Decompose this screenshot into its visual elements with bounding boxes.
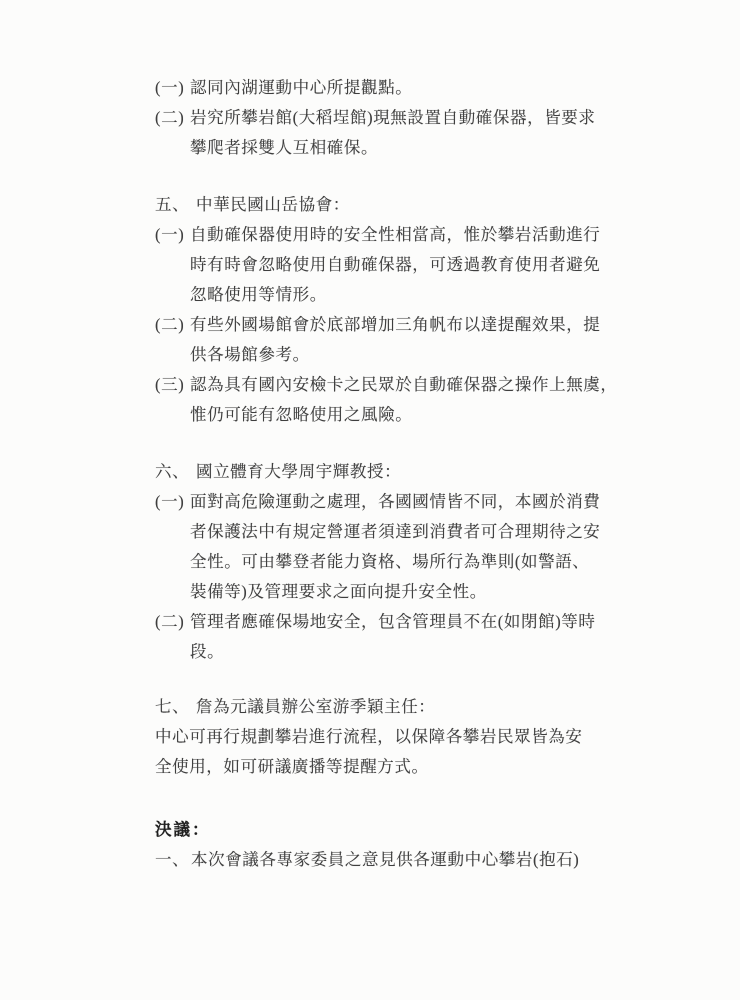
list-item: (二)岩究所攀岩館(大稻埕館)現無設置自動確保器，皆要求 攀爬者採雙人互相確保。 — [155, 103, 640, 163]
text-line: 認為具有國內安檢卡之民眾於自動確保器之操作上無虞， — [190, 375, 618, 394]
text-line: 裝備等)及管理要求之面向提升安全性。 — [190, 577, 640, 607]
resolution-item: 一、本次會議各專家委員之意見供各運動中心攀岩(抱石) — [155, 845, 640, 875]
section-carryover-items: (一)認同內湖運動中心所提觀點。 (二)岩究所攀岩館(大稻埕館)現無設置自動確保… — [155, 73, 640, 163]
item-label: (二) — [155, 103, 190, 133]
section-heading: 七、詹為元議員辦公室游季穎主任： — [155, 692, 640, 722]
resolution-heading: 決議： — [155, 815, 640, 845]
item-label: (一) — [155, 487, 190, 517]
section-resolution: 決議： 一、本次會議各專家委員之意見供各運動中心攀岩(抱石) — [155, 815, 640, 875]
list-item: (一)自動確保器使用時的安全性相當高，惟於攀岩活動進行 時有時會忽略使用自動確保… — [155, 220, 640, 310]
section-number: 五、 — [155, 190, 196, 220]
text-column: (一)認同內湖運動中心所提觀點。 (二)岩究所攀岩館(大稻埕館)現無設置自動確保… — [155, 73, 640, 875]
text-line: 段。 — [190, 637, 640, 667]
text-line: 者保護法中有規定營運者須達到消費者可合理期待之安 — [190, 517, 640, 547]
document-page: (一)認同內湖運動中心所提觀點。 (二)岩究所攀岩館(大稻埕館)現無設置自動確保… — [0, 0, 740, 1000]
section-seven: 七、詹為元議員辦公室游季穎主任： 中心可再行規劃攀岩進行流程，以保障各攀岩民眾皆… — [155, 692, 640, 782]
text-line: 攀爬者採雙人互相確保。 — [190, 133, 640, 163]
item-label: (二) — [155, 607, 190, 637]
item-label: (一) — [155, 73, 190, 103]
list-item: (三)認為具有國內安檢卡之民眾於自動確保器之操作上無虞， 惟仍可能有忽略使用之風… — [155, 370, 640, 430]
text-line: 自動確保器使用時的安全性相當高，惟於攀岩活動進行 — [190, 225, 600, 244]
item-label: (三) — [155, 370, 190, 400]
section-number: 七、 — [155, 692, 196, 722]
text-line: 惟仍可能有忽略使用之風險。 — [190, 400, 640, 430]
text-line: 供各場館參考。 — [190, 340, 640, 370]
text-line: 本次會議各專家委員之意見供各運動中心攀岩(抱石) — [191, 850, 579, 869]
text-line: 認同內湖運動中心所提觀點。 — [190, 78, 412, 97]
section-title: 中華民國山岳協會： — [196, 195, 350, 214]
section-six: 六、國立體育大學周宇輝教授： (一)面對高危險運動之處理，各國國情皆不同，本國於… — [155, 457, 640, 667]
text-line: 有些外國場館會於底部增加三角帆布以達提醒效果，提 — [190, 315, 600, 334]
section-five: 五、中華民國山岳協會： (一)自動確保器使用時的安全性相當高，惟於攀岩活動進行 … — [155, 190, 640, 430]
item-label: (一) — [155, 220, 190, 250]
section-paragraph: 中心可再行規劃攀岩進行流程，以保障各攀岩民眾皆為安 全使用，如可研議廣播等提醒方… — [155, 722, 640, 782]
section-heading: 五、中華民國山岳協會： — [155, 190, 640, 220]
section-heading: 六、國立體育大學周宇輝教授： — [155, 457, 640, 487]
text-line: 全性。可由攀登者能力資格、場所行為準則(如警語、 — [190, 547, 640, 577]
text-line: 岩究所攀岩館(大稻埕館)現無設置自動確保器，皆要求 — [190, 108, 596, 127]
text-line: 管理者應確保場地安全，包含管理員不在(如閉館)等時 — [190, 612, 596, 631]
list-item: (一)面對高危險運動之處理，各國國情皆不同，本國於消費 者保護法中有規定營運者須… — [155, 487, 640, 607]
section-number: 六、 — [155, 457, 196, 487]
text-line: 中心可再行規劃攀岩進行流程，以保障各攀岩民眾皆為安 — [155, 722, 640, 752]
list-item: (二)有些外國場館會於底部增加三角帆布以達提醒效果，提 供各場館參考。 — [155, 310, 640, 370]
section-title: 國立體育大學周宇輝教授： — [196, 462, 401, 481]
text-line: 時有時會忽略使用自動確保器，可透過教育使用者避免 — [190, 250, 640, 280]
list-item: (一)認同內湖運動中心所提觀點。 — [155, 73, 640, 103]
list-item: (二)管理者應確保場地安全，包含管理員不在(如閉館)等時 段。 — [155, 607, 640, 667]
text-line: 忽略使用等情形。 — [190, 280, 640, 310]
text-line: 全使用，如可研議廣播等提醒方式。 — [155, 752, 640, 782]
section-title: 詹為元議員辦公室游季穎主任： — [196, 697, 435, 716]
item-label: (二) — [155, 310, 190, 340]
text-line: 面對高危險運動之處理，各國國情皆不同，本國於消費 — [190, 492, 600, 511]
item-label: 一、 — [155, 845, 191, 875]
